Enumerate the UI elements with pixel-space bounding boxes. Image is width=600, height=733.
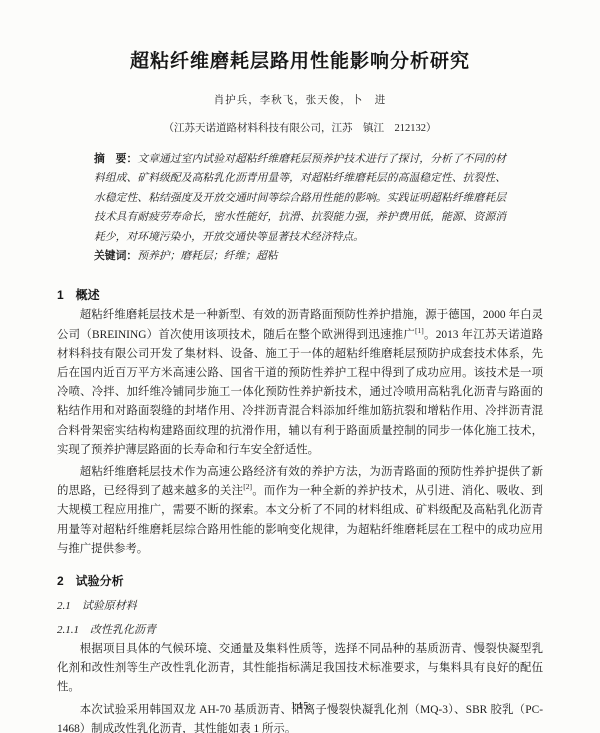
section-2-heading: 2 试验分析 xyxy=(57,572,543,589)
section-1-paragraph-1: 超粘纤维磨耗层技术是一种新型、有效的沥青路面预防性养护措施，源于德国，2000 … xyxy=(57,306,543,460)
paragraph-text: 。2013 年江苏天诺道路材料科技有限公司开发了集材料、设备、施工于一体的超粘纤… xyxy=(57,329,543,456)
page-number: 145 xyxy=(0,701,600,712)
abstract-text: 文章通过室内试验对超粘纤维磨耗层预养护技术进行了探讨，分析了不同的材料组成、矿料… xyxy=(94,153,506,243)
keywords-label: 关键词： xyxy=(94,250,137,262)
paper-page: 超粘纤维磨耗层路用性能影响分析研究 肖护兵，李秋飞，张天俊，卜 进 （江苏天诺道… xyxy=(0,0,600,733)
section-2-1-1-heading: 2.1.1 改性乳化沥青 xyxy=(57,621,543,637)
author-list: 肖护兵，李秋飞，张天俊，卜 进 xyxy=(57,92,543,107)
keywords: 关键词：预养护；磨耗层；纤维；超粘 xyxy=(94,247,506,266)
section-2-1-heading: 2.1 试验原材料 xyxy=(57,597,543,613)
affiliation: （江苏天诺道路材料科技有限公司，江苏 镇江 212132） xyxy=(57,120,543,135)
citation-ref-2: [2] xyxy=(243,482,252,491)
section-2-paragraph-1: 根据项目具体的气候环境、交通量及集料性质等，选择不同品种的基质沥青、慢裂快凝型乳… xyxy=(57,640,543,698)
section-1-heading: 1 概述 xyxy=(57,286,543,303)
citation-ref-1: [1] xyxy=(415,326,424,335)
abstract: 摘 要：文章通过室内试验对超粘纤维磨耗层预养护技术进行了探讨，分析了不同的材料组… xyxy=(94,150,506,247)
paper-title: 超粘纤维磨耗层路用性能影响分析研究 xyxy=(57,46,543,73)
section-1-paragraph-2: 超粘纤维磨耗层技术作为高速公路经济有效的养护方法，为沥青路面的预防性养护提供了新… xyxy=(57,463,543,559)
keywords-text: 预养护；磨耗层；纤维；超粘 xyxy=(137,250,277,262)
abstract-label: 摘 要： xyxy=(94,153,137,165)
